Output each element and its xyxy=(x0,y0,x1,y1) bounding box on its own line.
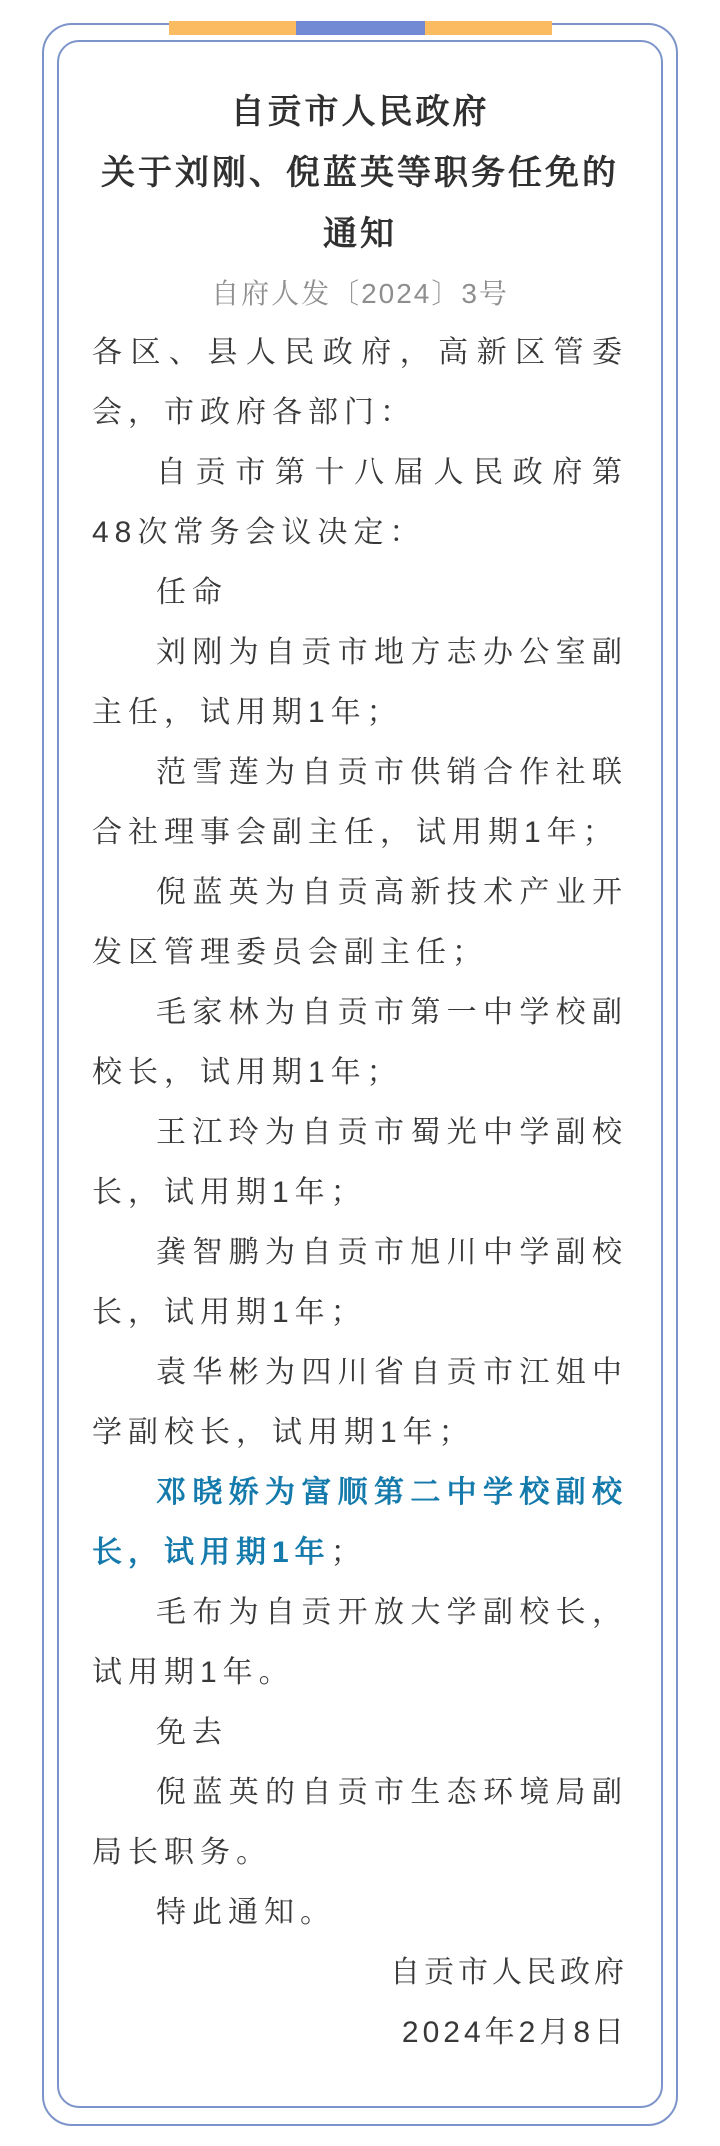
title-subject: 关于刘刚、倪蓝英等职务任免的通知 xyxy=(92,143,628,265)
signature-date: 2024年2月8日 xyxy=(92,2003,628,2063)
salutation: 各区、县人民政府，高新区管委会，市政府各部门： xyxy=(92,323,628,443)
title-org: 自贡市人民政府 xyxy=(92,82,628,143)
signature-org: 自贡市人民政府 xyxy=(92,1943,628,2003)
paragraph: 免去 xyxy=(92,1703,628,1763)
paragraph: 倪蓝英的自贡市生态环境局副局长职务。 xyxy=(92,1763,628,1883)
paragraph: 特此通知。 xyxy=(92,1883,628,1943)
paragraph: 王江玲为自贡市蜀光中学副校长，试用期1年； xyxy=(92,1103,628,1223)
signature-block: 自贡市人民政府 2024年2月8日 xyxy=(92,1943,628,2063)
paragraph: 范雪莲为自贡市供销合作社联合社理事会副主任，试用期1年； xyxy=(92,743,628,863)
paragraph: 倪蓝英为自贡高新技术产业开发区管理委员会副主任； xyxy=(92,863,628,983)
outer-border-card: 自贡市人民政府 关于刘刚、倪蓝英等职务任免的通知 自府人发〔2024〕3号 各区… xyxy=(42,23,678,2126)
notice-body: 各区、县人民政府，高新区管委会，市政府各部门： 自贡市第十八届人民政府第48次常… xyxy=(92,323,628,1943)
paragraph-list: 自贡市第十八届人民政府第48次常务会议决定：任命刘刚为自贡市地方志办公室副主任，… xyxy=(92,443,628,1943)
inner-border-card: 自贡市人民政府 关于刘刚、倪蓝英等职务任免的通知 自府人发〔2024〕3号 各区… xyxy=(57,40,663,2108)
paragraph: 龚智鹏为自贡市旭川中学副校长，试用期1年； xyxy=(92,1223,628,1343)
decor-top-bars xyxy=(169,21,552,35)
orange-bar xyxy=(425,21,552,35)
orange-bar xyxy=(169,21,296,35)
paragraph: 任命 xyxy=(92,563,628,623)
paragraph: 自贡市第十八届人民政府第48次常务会议决定： xyxy=(92,443,628,563)
notice-document: 自贡市人民政府 关于刘刚、倪蓝英等职务任免的通知 自府人发〔2024〕3号 各区… xyxy=(59,42,661,2063)
blue-bar xyxy=(296,21,425,35)
paragraph: 毛家林为自贡市第一中学校副校长，试用期1年； xyxy=(92,983,628,1103)
paragraph: 袁华彬为四川省自贡市江姐中学副校长，试用期1年； xyxy=(92,1343,628,1463)
paragraph: 刘刚为自贡市地方志办公室副主任，试用期1年； xyxy=(92,623,628,743)
highlight-tail-punctuation: ； xyxy=(331,1536,367,1569)
doc-number: 自府人发〔2024〕3号 xyxy=(92,265,628,323)
paragraph-highlighted: 邓晓娇为富顺第二中学校副校长，试用期1年； xyxy=(92,1463,628,1583)
paragraph: 毛布为自贡开放大学副校长，试用期1年。 xyxy=(92,1583,628,1703)
